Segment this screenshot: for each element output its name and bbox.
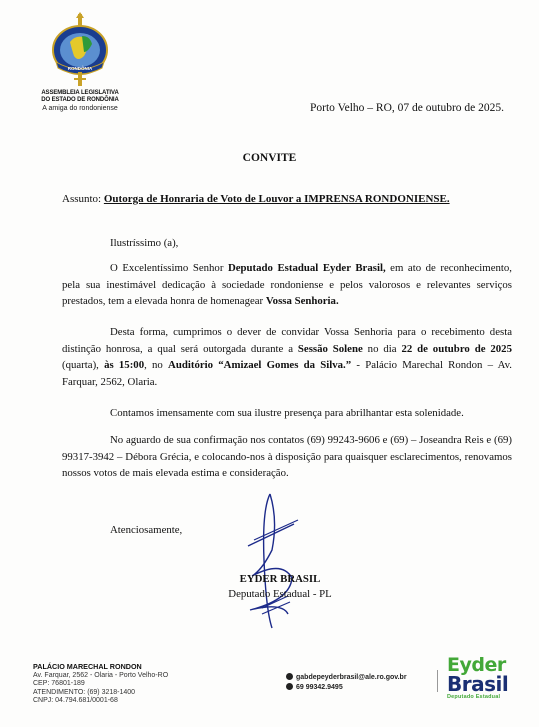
footer-street: Av. Farquar, 2562 - Olaria - Porto Velho… — [33, 672, 168, 681]
footer-contacts: gabdepeyderbrasil@ale.ro.gov.br 69 99342… — [286, 673, 407, 693]
document-title: CONVITE — [0, 152, 539, 164]
footer-address: PALÁCIO MARECHAL RONDON Av. Farquar, 256… — [33, 663, 168, 706]
handwritten-signature — [232, 490, 322, 630]
paragraph-invitation: Desta forma, cumprimos o dever de convid… — [62, 324, 512, 391]
svg-text:RONDÔNIA: RONDÔNIA — [68, 64, 93, 71]
institution-tagline: A amiga do rondoniense — [30, 104, 130, 113]
subject-text: Outorga de Honraria de Voto de Louvor a … — [104, 193, 450, 205]
footer-whatsapp[interactable]: 69 99342.9495 — [296, 684, 343, 691]
signer-name: EYDER BRASIL — [200, 572, 360, 587]
greeting: Ilustríssimo (a), — [110, 235, 539, 252]
subject-label: Assunto: — [62, 193, 101, 205]
date-line: Porto Velho – RO, 07 de outubro de 2025. — [310, 102, 504, 114]
footer-cnpj: CNPJ: 04.794.681/0001-68 — [33, 697, 168, 706]
paragraph-recognition: O Excelentíssimo Senhor Deputado Estadua… — [62, 260, 512, 310]
brand-line2: Brasil — [447, 674, 508, 694]
email-icon — [286, 673, 293, 680]
footer-place: PALÁCIO MARECHAL RONDON — [33, 663, 168, 672]
closing: Atenciosamente, — [110, 524, 182, 536]
footer-cep: CEP: 76801-189 — [33, 680, 168, 689]
paragraph-presence: Contamos imensamente com sua ilustre pre… — [62, 405, 512, 422]
signer-block: EYDER BRASIL Deputado Estadual - PL — [200, 572, 360, 602]
paragraph-confirmation: No aguardo de sua confirmação nos contat… — [62, 432, 512, 482]
institution-name-line1: ASSEMBLEIA LEGISLATIVA — [30, 90, 130, 97]
institution-name-line2: DO ESTADO DE RONDÔNIA — [30, 97, 130, 104]
brand-line3: Deputado Estadual — [447, 695, 508, 701]
eyder-brasil-logo: Eyder Brasil Deputado Estadual — [447, 656, 508, 701]
subject-line: Assunto: Outorga de Honraria de Voto de … — [62, 193, 450, 205]
whatsapp-icon — [286, 683, 293, 690]
footer-email[interactable]: gabdepeyderbrasil@ale.ro.gov.br — [296, 674, 407, 681]
state-coat-of-arms-icon: RONDÔNIA — [46, 12, 114, 90]
footer-divider — [437, 670, 438, 692]
signer-role: Deputado Estadual - PL — [200, 587, 360, 602]
institution-logo: RONDÔNIA ASSEMBLEIA LEGISLATIVA DO ESTAD… — [30, 12, 130, 113]
footer-phone: ATENDIMENTO: (69) 3218-1400 — [33, 689, 168, 698]
